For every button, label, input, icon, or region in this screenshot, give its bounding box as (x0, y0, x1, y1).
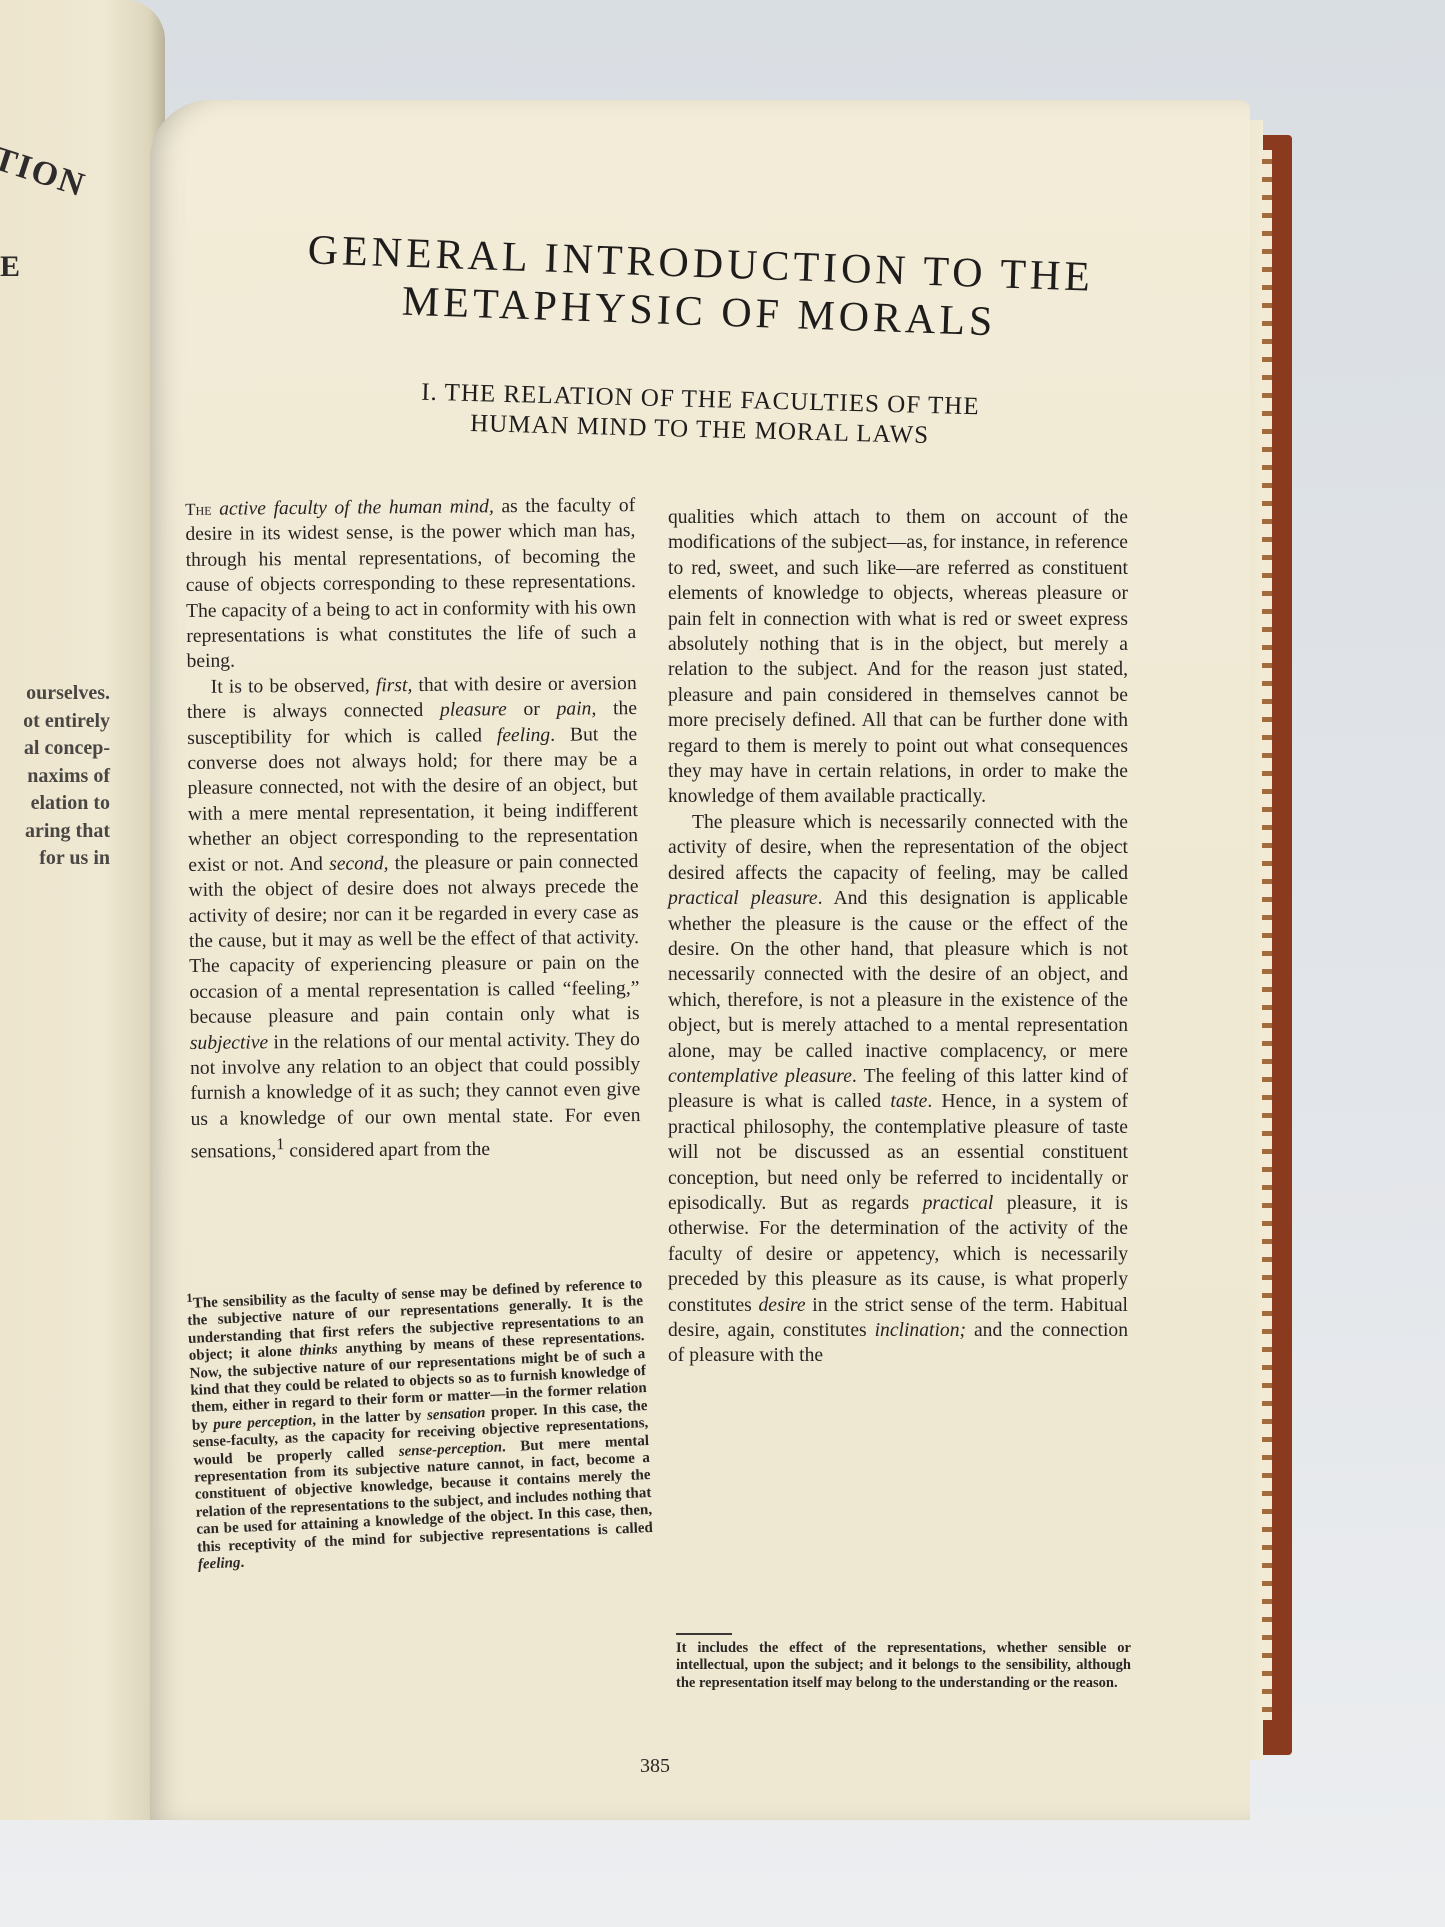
left-text-line: for us in (0, 845, 110, 873)
emphasis: practical pleasure (668, 888, 818, 909)
left-page-text-fragments: ourselves. ot entirely al concep- naxims… (0, 680, 110, 873)
emphasis: inclination; (875, 1320, 966, 1341)
emphasis: feeling (198, 1555, 241, 1573)
emphasis: first, (376, 675, 413, 696)
text: . (240, 1555, 244, 1571)
text: the pleasure or pain connected with the … (188, 851, 639, 1028)
left-text-line: elation to (0, 790, 110, 818)
emphasis: feeling (497, 724, 551, 745)
drop-lead: The (185, 500, 212, 519)
book-page: GENERAL INTRODUCTION TO THE METAPHYSIC O… (150, 100, 1250, 1820)
footnote-reference[interactable]: 1 (276, 1134, 284, 1153)
paragraph: qualities which attach to them on accoun… (668, 505, 1128, 810)
emphasis: desire (758, 1295, 805, 1316)
left-text-line: al concep- (0, 735, 110, 763)
left-page-heading-fragment: TION (0, 140, 90, 205)
text: The pleasure which is necessarily connec… (668, 812, 1128, 884)
emphasis: pleasure (440, 699, 507, 721)
paragraph: The active faculty of the human mind, as… (185, 493, 637, 675)
section-heading: I. THE RELATION OF THE FACULTIES OF THE … (149, 371, 1250, 460)
right-text-column: qualities which attach to them on accoun… (668, 505, 1128, 1369)
footnote-rule (676, 1633, 732, 1635)
left-text-line: ourselves. (0, 680, 110, 708)
emphasis: active faculty of the human mind, (212, 496, 494, 519)
left-text-line: naxims of (0, 763, 110, 791)
emphasis: pain (556, 699, 591, 720)
paragraph: It is to be observed, first, that with d… (187, 671, 641, 1165)
emphasis: taste (890, 1091, 927, 1112)
headband-pattern (1262, 150, 1272, 1720)
text: or (507, 699, 557, 720)
text: It is to be observed, (211, 675, 376, 697)
emphasis: contemplative pleasure (668, 1066, 852, 1087)
text: considered apart from the (284, 1139, 490, 1162)
emphasis: practical (923, 1193, 994, 1214)
left-text-column: The active faculty of the human mind, as… (185, 493, 641, 1165)
emphasis: sensation (427, 1405, 486, 1424)
paragraph: The pleasure which is necessarily connec… (668, 810, 1128, 1369)
emphasis: subjective (190, 1032, 269, 1054)
left-text-line: ot entirely (0, 708, 110, 736)
text: as the faculty of desire in its widest s… (185, 495, 636, 672)
emphasis: second, (329, 853, 388, 875)
footnote-right: It includes the effect of the representa… (676, 1640, 1131, 1692)
emphasis: thinks (299, 1342, 338, 1360)
left-text-line: aring that (0, 818, 110, 846)
left-page: TION E ourselves. ot entirely al concep-… (0, 0, 165, 1820)
footnote-left: 1The sensibility as the faculty of sense… (186, 1270, 654, 1574)
left-page-heading-fragment-2: E (0, 250, 20, 284)
text: . And this designation is applicable whe… (668, 888, 1128, 1061)
page-number: 385 (640, 1755, 670, 1778)
page-title: GENERAL INTRODUCTION TO THE METAPHYSIC O… (149, 221, 1252, 355)
